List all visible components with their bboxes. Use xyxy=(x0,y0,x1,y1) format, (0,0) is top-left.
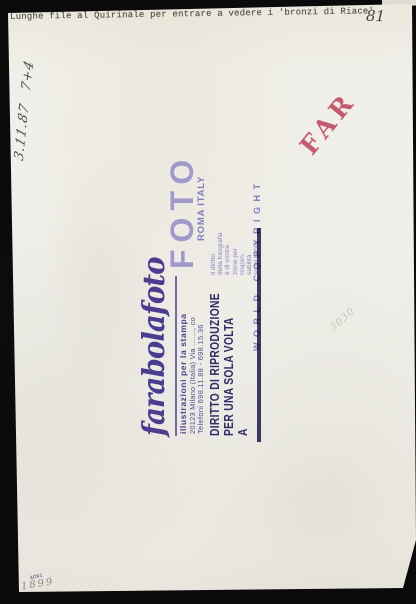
copyright-small-line: Il diritto xyxy=(210,171,217,275)
rights-line-1: DIRITTO DI RIPRODUZIONE xyxy=(208,293,222,436)
copyright-small-line: è di vostra xyxy=(224,171,231,275)
copyright-small-line: della fotografia xyxy=(217,171,224,275)
agency-name: farabolafoto xyxy=(137,257,172,436)
bottom-left-number: 1899 xyxy=(20,576,55,592)
paper-stain xyxy=(250,440,390,560)
agency-subtitle: illustrazioni per la stampa xyxy=(178,313,188,434)
rights-line-3: A xyxy=(236,428,250,436)
copyright-stamp: FOTO ROMA ITALY Il diritto della fotogra… xyxy=(170,171,266,281)
city-line: ROMA ITALY xyxy=(196,176,207,241)
handwritten-date-note: 3.11.87 7+4 xyxy=(9,33,42,189)
far-ink-stamp: FAR xyxy=(288,79,372,172)
agency-underline xyxy=(175,276,177,436)
rotated-stamp-area: farabolafoto illustrazioni per la stampa… xyxy=(146,172,266,436)
world-copyright-line: WORLD COPYRIGHT xyxy=(252,106,262,351)
copyright-small-line: zione per xyxy=(232,171,239,275)
copyright-small-line: respon- xyxy=(239,171,246,275)
typed-caption: Lunghe file al Quirinale per entrare a v… xyxy=(10,6,380,22)
agency-phones: Telefoni 698.11.88 - 698.15.36 xyxy=(196,324,205,434)
rights-line-2: PER UNA SOLA VOLTA xyxy=(222,317,236,436)
stamp-rotation-frame: farabolafoto illustrazioni per la stampa… xyxy=(146,172,266,436)
archive-number: 81 xyxy=(366,7,386,26)
faint-pencil-number: 3030 xyxy=(328,306,357,334)
photo-verso: Lunghe file al Quirinale per entrare a v… xyxy=(0,0,416,604)
